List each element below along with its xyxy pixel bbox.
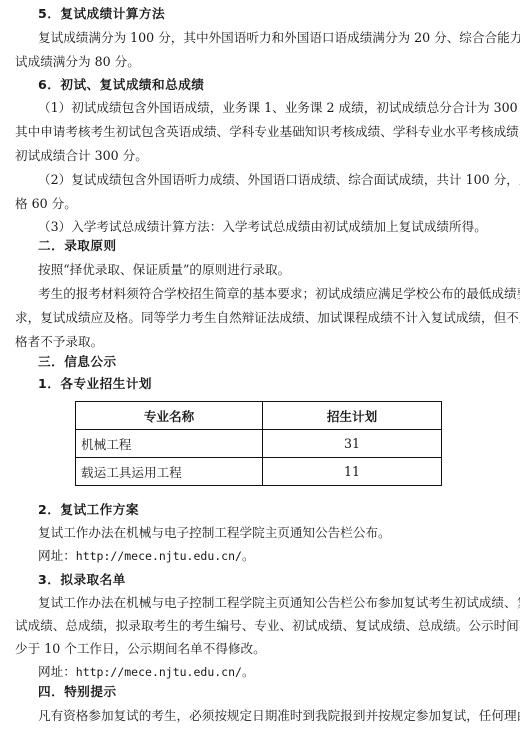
cell-major: 机械工程 bbox=[76, 430, 263, 458]
retest-plan-url-link[interactable]: http://mece.njtu.edu.cn/ bbox=[76, 549, 242, 563]
section-6-heading: 6．初试、复试成绩和总成绩 bbox=[38, 77, 204, 93]
url-label: 网址： bbox=[38, 548, 76, 563]
section-5-paragraph-line-1: 复试成绩满分为 100 分，其中外国语听力和外国语口语成绩满分为 20 分、综合… bbox=[38, 30, 502, 46]
cell-quota: 31 bbox=[263, 430, 442, 458]
special-notice-heading: 四．特别提示 bbox=[38, 684, 117, 700]
url-suffix: 。 bbox=[242, 548, 255, 563]
table-row: 载运工具运用工程 11 bbox=[76, 458, 442, 486]
table-row: 机械工程 31 bbox=[76, 430, 442, 458]
retest-plan-paragraph: 复试工作办法在机械与电子控制工程学院主页通知公告栏公布。 bbox=[38, 525, 391, 541]
section-5-heading: 5．复试成绩计算方法 bbox=[38, 6, 165, 22]
admission-principle-paragraph-2-line-2: 求，复试成绩应及格。同等学力考生自然辩证法成绩、加试课程成绩不计入复试成绩，但不… bbox=[15, 310, 502, 326]
admission-list-paragraph-line-2: 试成绩、总成绩，拟录取考生的考生编号、专业、初试成绩、复试成绩、总成绩。公示时间… bbox=[15, 618, 502, 634]
admission-list-url-link[interactable]: http://mece.njtu.edu.cn/ bbox=[76, 665, 242, 679]
admission-list-url-line: 网址：http://mece.njtu.edu.cn/。 bbox=[38, 664, 255, 680]
retest-plan-heading: 2．复试工作方案 bbox=[38, 502, 139, 518]
admission-list-heading: 3．拟录取名单 bbox=[38, 572, 126, 588]
special-notice-paragraph-line-1: 凡有资格参加复试的考生，必须按规定日期准时到我院报到并按规定参加复试，任何理由 bbox=[38, 708, 502, 724]
cell-major: 载运工具运用工程 bbox=[76, 458, 263, 486]
admission-principle-heading: 二．录取原则 bbox=[38, 238, 117, 254]
section-5-paragraph-line-2: 试成绩满分为 80 分。 bbox=[15, 54, 140, 70]
enrollment-plan-heading: 1．各专业招生计划 bbox=[38, 376, 152, 392]
section-6-item-1-line-1: （1）初试成绩包含外国语成绩，业务课 1、业务课 2 成绩，初试成绩总分合计为 … bbox=[38, 100, 502, 116]
url-label: 网址： bbox=[38, 664, 76, 679]
admission-list-paragraph-line-3: 少于 10 个工作日，公示期间名单不得修改。 bbox=[15, 641, 266, 657]
section-6-item-1-line-2: 其中申请考核考生初试包含英语成绩、学科专业基础知识考核成绩、学科专业水平考核成绩… bbox=[15, 124, 502, 140]
enrollment-plan-table: 专业名称 招生计划 机械工程 31 载运工具运用工程 11 bbox=[75, 401, 442, 486]
section-6-item-2-line-1: （2）复试成绩包含外国语听力成绩、外国语口语成绩、综合面试成绩，共计 100 分… bbox=[38, 172, 502, 188]
admission-principle-paragraph-2-line-3: 格者不予录取。 bbox=[15, 334, 103, 350]
table-header-row: 专业名称 招生计划 bbox=[76, 402, 442, 430]
admission-principle-paragraph-1: 按照“择优录取、保证质量”的原则进行录取。 bbox=[38, 262, 290, 278]
section-6-item-1-line-3: 初试成绩合计 300 分。 bbox=[15, 148, 148, 164]
retest-plan-url-line: 网址：http://mece.njtu.edu.cn/。 bbox=[38, 548, 255, 564]
info-disclosure-heading: 三．信息公示 bbox=[38, 354, 117, 370]
column-header-major: 专业名称 bbox=[76, 402, 263, 430]
column-header-quota: 招生计划 bbox=[263, 402, 442, 430]
section-6-item-3-line-1: （3）入学考试总成绩计算方法：入学考试总成绩由初试成绩加上复试成绩所得。 bbox=[38, 219, 487, 235]
cell-quota: 11 bbox=[263, 458, 442, 486]
url-suffix: 。 bbox=[242, 664, 255, 679]
admission-list-paragraph-line-1: 复试工作办法在机械与电子控制工程学院主页通知公告栏公布参加复试考生初试成绩、复 bbox=[38, 595, 502, 611]
admission-principle-paragraph-2-line-1: 考生的报考材料须符合学校招生简章的基本要求；初试成绩应满足学校公布的最低成绩要 bbox=[38, 286, 502, 302]
section-6-item-2-line-2: 格 60 分。 bbox=[15, 196, 77, 212]
